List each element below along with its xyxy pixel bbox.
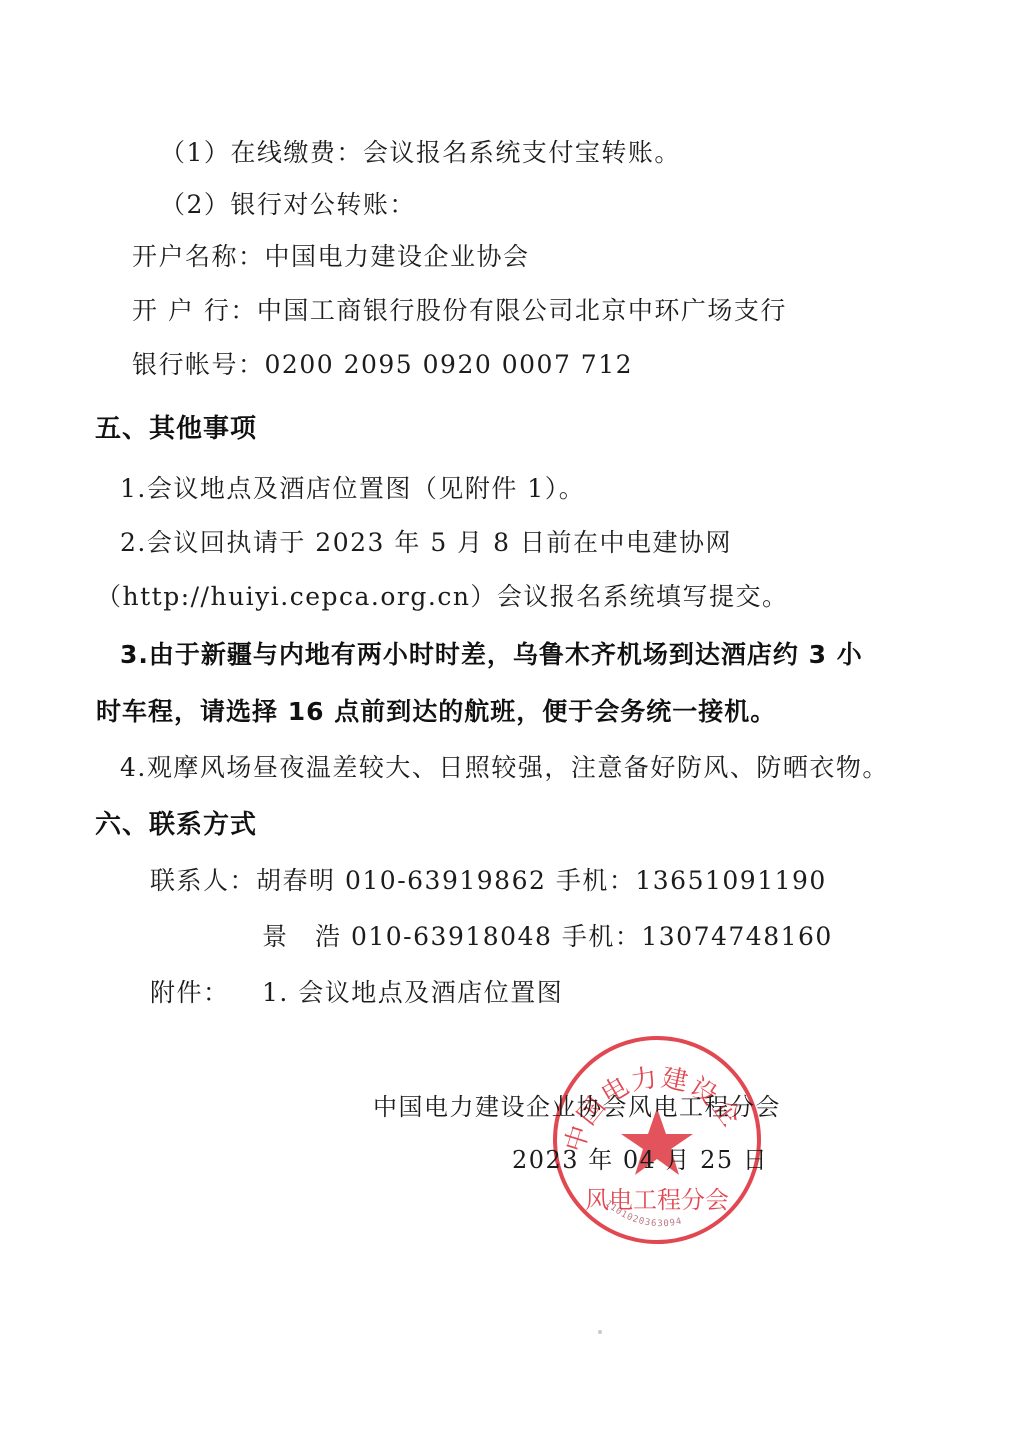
section5-item-3-cont: 时车程，请选择 16 点前到达的航班，便于会务统一接机。 [96, 697, 776, 727]
account-number-value: 0200 2095 0920 0007 712 [265, 350, 634, 379]
contact-row-2: 景 浩 010-63918048 手机：13074748160 [262, 922, 833, 952]
section5-item-2-cont: （http://huiyi.cepca.org.cn）会议报名系统填写提交。 [96, 582, 788, 612]
seal-graphic: 中国电力建设企业协会 风电工程分会 1101020363094 [553, 1036, 761, 1244]
account-number-row: 银行帐号：0200 2095 0920 0007 712 [132, 350, 633, 380]
attachment-label: 附件： [150, 978, 262, 1008]
bank-value: 中国工商银行股份有限公司北京中环广场支行 [257, 296, 787, 325]
account-name-label: 开户名称： [132, 242, 265, 271]
section5-heading: 五、其他事项 [95, 414, 257, 444]
section5-item-3: 3.由于新疆与内地有两小时时差，乌鲁木齐机场到达酒店约 3 小 [120, 640, 863, 670]
contact-row-1: 联系人：胡春明 010-63919862 手机：13651091190 [150, 866, 827, 896]
contacts-label: 联系人： [150, 866, 256, 895]
contact-mobile-label: 手机： [556, 866, 636, 895]
contact-mobile-label: 手机： [562, 922, 642, 951]
attachment-row: 附件：1. 会议地点及酒店位置图 [150, 978, 563, 1008]
payment-online: （1）在线缴费：会议报名系统支付宝转账。 [160, 138, 681, 168]
contact-name: 胡春明 [256, 866, 336, 895]
signature-date: 2023 年 04 月 25 日 [512, 1145, 768, 1175]
scan-speck [598, 1330, 602, 1334]
seal-serial: 1101020363094 [603, 1199, 683, 1230]
section5-item-2: 2.会议回执请于 2023 年 5 月 8 日前在中电建协网 [120, 528, 732, 558]
account-name-value: 中国电力建设企业协会 [265, 242, 530, 271]
payment-bank-transfer: （2）银行对公转账： [160, 190, 416, 220]
bank-label: 开 户 行： [132, 296, 257, 325]
official-seal-stamp: 中国电力建设企业协会 风电工程分会 1101020363094 [553, 1036, 761, 1244]
account-name-row: 开户名称：中国电力建设企业协会 [132, 242, 530, 272]
svg-text:1101020363094: 1101020363094 [603, 1199, 683, 1230]
contact-mobile: 13074748160 [641, 922, 832, 951]
seal-bottom-text: 风电工程分会 [585, 1186, 729, 1214]
contact-name: 景 浩 [262, 922, 342, 951]
section5-item-1: 1.会议地点及酒店位置图（见附件 1）。 [120, 474, 585, 504]
document-page: （1）在线缴费：会议报名系统支付宝转账。 （2）银行对公转账： 开户名称：中国电… [0, 0, 1024, 1448]
contact-mobile: 13651091190 [635, 866, 826, 895]
attachment-item: 1. 会议地点及酒店位置图 [262, 978, 563, 1007]
bank-row: 开 户 行：中国工商银行股份有限公司北京中环广场支行 [132, 296, 787, 326]
contact-phone: 010-63918048 [351, 922, 552, 951]
section5-item-4: 4.观摩风场昼夜温差较大、日照较强，注意备好防风、防晒衣物。 [120, 753, 889, 783]
account-number-label: 银行帐号： [132, 350, 265, 379]
section6-heading: 六、联系方式 [95, 810, 257, 840]
contact-phone: 010-63919862 [345, 866, 546, 895]
signature-org: 中国电力建设企业协会风电工程分会 [373, 1092, 781, 1122]
